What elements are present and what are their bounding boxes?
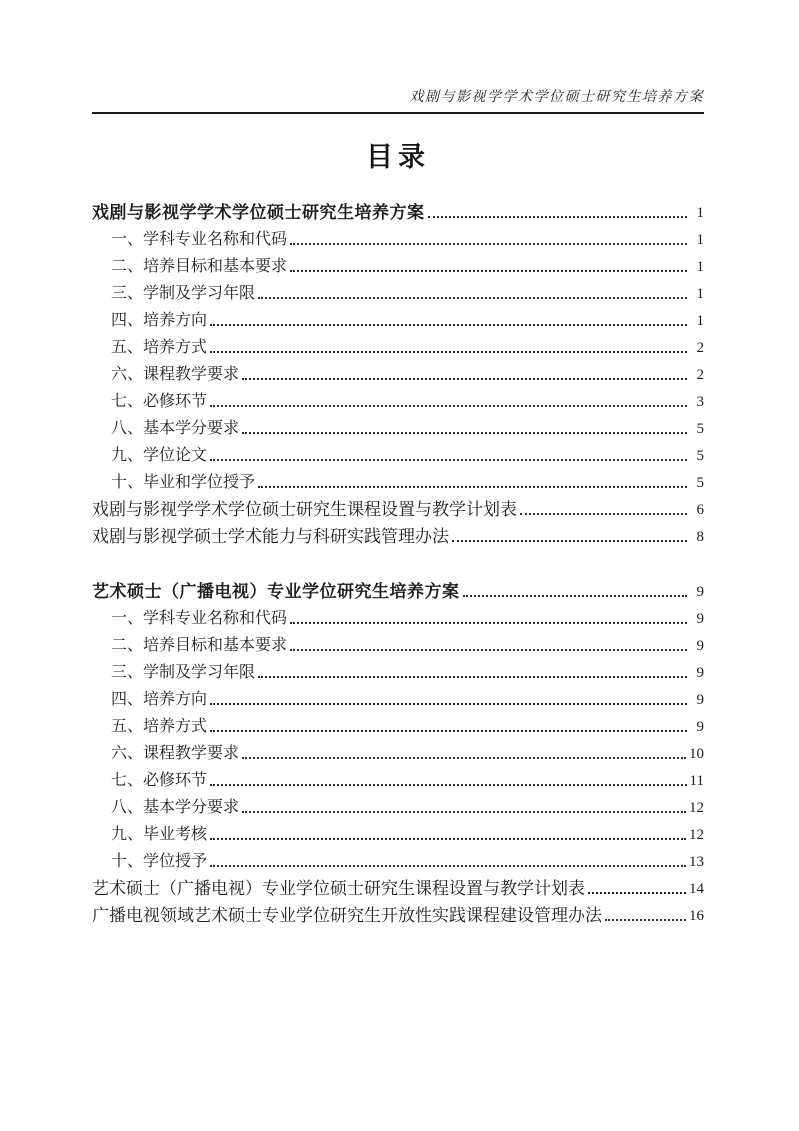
toc-entry[interactable]: 十、毕业和学位授予 5 [92, 466, 704, 493]
toc-page-number: 9 [690, 690, 704, 710]
toc-entry[interactable]: 二、培养目标和基本要求 1 [92, 250, 704, 277]
dot-leader [210, 838, 686, 840]
toc-page-number: 1 [690, 284, 704, 304]
toc-entry[interactable]: 戏剧与影视学学术学位硕士研究生课程设置与教学计划表 6 [92, 493, 704, 520]
toc-entry[interactable]: 四、培养方向 9 [92, 683, 704, 710]
toc-entry[interactable]: 八、基本学分要求 12 [92, 791, 704, 818]
toc-entry-label: 七、必修环节 [111, 771, 207, 791]
toc-entry-label: 艺术硕士（广播电视）专业学位研究生培养方案 [92, 581, 460, 602]
toc-page-number: 9 [690, 636, 704, 656]
toc-page-number: 9 [690, 717, 704, 737]
dot-leader [242, 757, 686, 759]
dot-leader [258, 486, 687, 488]
toc-page-number: 2 [690, 338, 704, 358]
toc-page-number: 1 [690, 230, 704, 250]
dot-leader [210, 324, 687, 326]
toc-entry-label: 六、课程教学要求 [111, 744, 239, 764]
dot-leader [210, 703, 687, 705]
toc-entry[interactable]: 十、学位授予 13 [92, 845, 704, 872]
dot-leader [210, 730, 687, 732]
toc-entry-label: 四、培养方向 [111, 690, 207, 710]
toc-entry[interactable]: 艺术硕士（广播电视）专业学位研究生培养方案 9 [92, 575, 704, 602]
dot-leader [605, 919, 686, 921]
toc-entry[interactable]: 三、学制及学习年限 1 [92, 277, 704, 304]
toc-entry[interactable]: 戏剧与影视学硕士学术能力与科研实践管理办法 8 [92, 520, 704, 547]
toc-entry-label: 七、必修环节 [111, 392, 207, 412]
toc-entry-label: 八、基本学分要求 [111, 419, 239, 439]
toc-entry[interactable]: 七、必修环节 11 [92, 764, 704, 791]
dot-leader [210, 459, 687, 461]
toc-page-number: 1 [690, 203, 704, 223]
toc-page-number: 5 [690, 446, 704, 466]
dot-leader [258, 297, 687, 299]
toc-entry-label: 一、学科专业名称和代码 [111, 230, 287, 250]
dot-leader [210, 405, 687, 407]
dot-leader [242, 378, 687, 380]
dot-leader [242, 811, 686, 813]
toc-entry[interactable]: 七、必修环节 3 [92, 385, 704, 412]
toc-entry[interactable]: 六、课程教学要求 2 [92, 358, 704, 385]
toc-entry[interactable]: 五、培养方式 9 [92, 710, 704, 737]
toc-entry-label: 九、毕业考核 [111, 825, 207, 845]
dot-leader [588, 892, 686, 894]
toc-page-number: 1 [690, 257, 704, 277]
toc-entry[interactable]: 艺术硕士（广播电视）专业学位硕士研究生课程设置与教学计划表 14 [92, 872, 704, 899]
toc-entry[interactable]: 九、毕业考核 12 [92, 818, 704, 845]
toc-page-number: 16 [689, 906, 704, 926]
toc-entry[interactable]: 广播电视领域艺术硕士专业学位研究生开放性实践课程建设管理办法 16 [92, 899, 704, 926]
toc-entry[interactable]: 一、学科专业名称和代码 9 [92, 602, 704, 629]
dot-leader [428, 216, 688, 218]
toc-entry-label: 二、培养目标和基本要求 [111, 257, 287, 277]
toc-entry-label: 十、毕业和学位授予 [111, 473, 255, 493]
toc-entry[interactable]: 戏剧与影视学学术学位硕士研究生培养方案 1 [92, 196, 704, 223]
dot-leader [290, 270, 687, 272]
toc-entry[interactable]: 一、学科专业名称和代码 1 [92, 223, 704, 250]
toc-entry-label: 六、课程教学要求 [111, 365, 239, 385]
toc-page-number: 9 [690, 582, 704, 602]
toc-page-number: 8 [690, 527, 704, 547]
toc-page-number: 2 [690, 365, 704, 385]
toc-page-number: 9 [690, 609, 704, 629]
toc-page-number: 5 [690, 473, 704, 493]
toc-page-number: 9 [690, 663, 704, 683]
toc-entry-label: 广播电视领域艺术硕士专业学位研究生开放性实践课程建设管理办法 [92, 905, 602, 926]
toc-entry[interactable]: 六、课程教学要求 10 [92, 737, 704, 764]
dot-leader [290, 649, 687, 651]
toc-page-number: 11 [690, 771, 704, 791]
toc-entry[interactable]: 四、培养方向 1 [92, 304, 704, 331]
toc-entry-label: 五、培养方式 [111, 717, 207, 737]
toc-entry-label: 三、学制及学习年限 [111, 284, 255, 304]
dot-leader [290, 243, 687, 245]
toc-page-number: 13 [689, 852, 704, 872]
page-content: 戏剧与影视学学术学位硕士研究生培养方案 目录 戏剧与影视学学术学位硕士研究生培养… [92, 0, 704, 926]
toc-entry[interactable]: 五、培养方式 2 [92, 331, 704, 358]
toc-entry[interactable]: 三、学制及学习年限 9 [92, 656, 704, 683]
toc-page-number: 14 [689, 879, 704, 899]
dot-leader [210, 351, 687, 353]
toc-entry-label: 五、培养方式 [111, 338, 207, 358]
toc-entry-label: 十、学位授予 [111, 852, 207, 872]
toc-entry-label: 一、学科专业名称和代码 [111, 609, 287, 629]
toc-entry-label: 艺术硕士（广播电视）专业学位硕士研究生课程设置与教学计划表 [92, 878, 585, 899]
page-title: 目录 [92, 141, 704, 173]
running-header: 戏剧与影视学学术学位硕士研究生培养方案 [92, 0, 704, 105]
toc-entry-label: 八、基本学分要求 [111, 798, 239, 818]
toc-entry-label: 戏剧与影视学学术学位硕士研究生培养方案 [92, 202, 425, 223]
toc-entry-label: 二、培养目标和基本要求 [111, 636, 287, 656]
toc-page-number: 3 [690, 392, 704, 412]
toc-entry-label: 戏剧与影视学学术学位硕士研究生课程设置与教学计划表 [92, 499, 517, 520]
dot-leader [258, 676, 687, 678]
toc-page-number: 6 [690, 500, 704, 520]
toc-entry[interactable]: 八、基本学分要求 5 [92, 412, 704, 439]
toc-page-number: 12 [689, 798, 704, 818]
dot-leader [210, 784, 687, 786]
toc-page-number: 1 [690, 311, 704, 331]
toc-entry[interactable]: 九、学位论文 5 [92, 439, 704, 466]
dot-leader [290, 622, 687, 624]
table-of-contents: 戏剧与影视学学术学位硕士研究生培养方案 1 一、学科专业名称和代码 1 二、培养… [92, 196, 704, 926]
toc-entry-label: 四、培养方向 [111, 311, 207, 331]
dot-leader [210, 865, 686, 867]
dot-leader [463, 595, 688, 597]
toc-page-number: 10 [689, 744, 704, 764]
toc-entry-label: 九、学位论文 [111, 446, 207, 466]
toc-page-number: 5 [690, 419, 704, 439]
dot-leader [452, 540, 687, 542]
header-rule [92, 112, 704, 114]
toc-entry[interactable]: 二、培养目标和基本要求 9 [92, 629, 704, 656]
document-page: 戏剧与影视学学术学位硕士研究生培养方案 目录 戏剧与影视学学术学位硕士研究生培养… [0, 0, 799, 1131]
toc-page-number: 12 [689, 825, 704, 845]
dot-leader [520, 513, 687, 515]
toc-entry-label: 戏剧与影视学硕士学术能力与科研实践管理办法 [92, 526, 449, 547]
dot-leader [242, 432, 687, 434]
toc-entry-label: 三、学制及学习年限 [111, 663, 255, 683]
